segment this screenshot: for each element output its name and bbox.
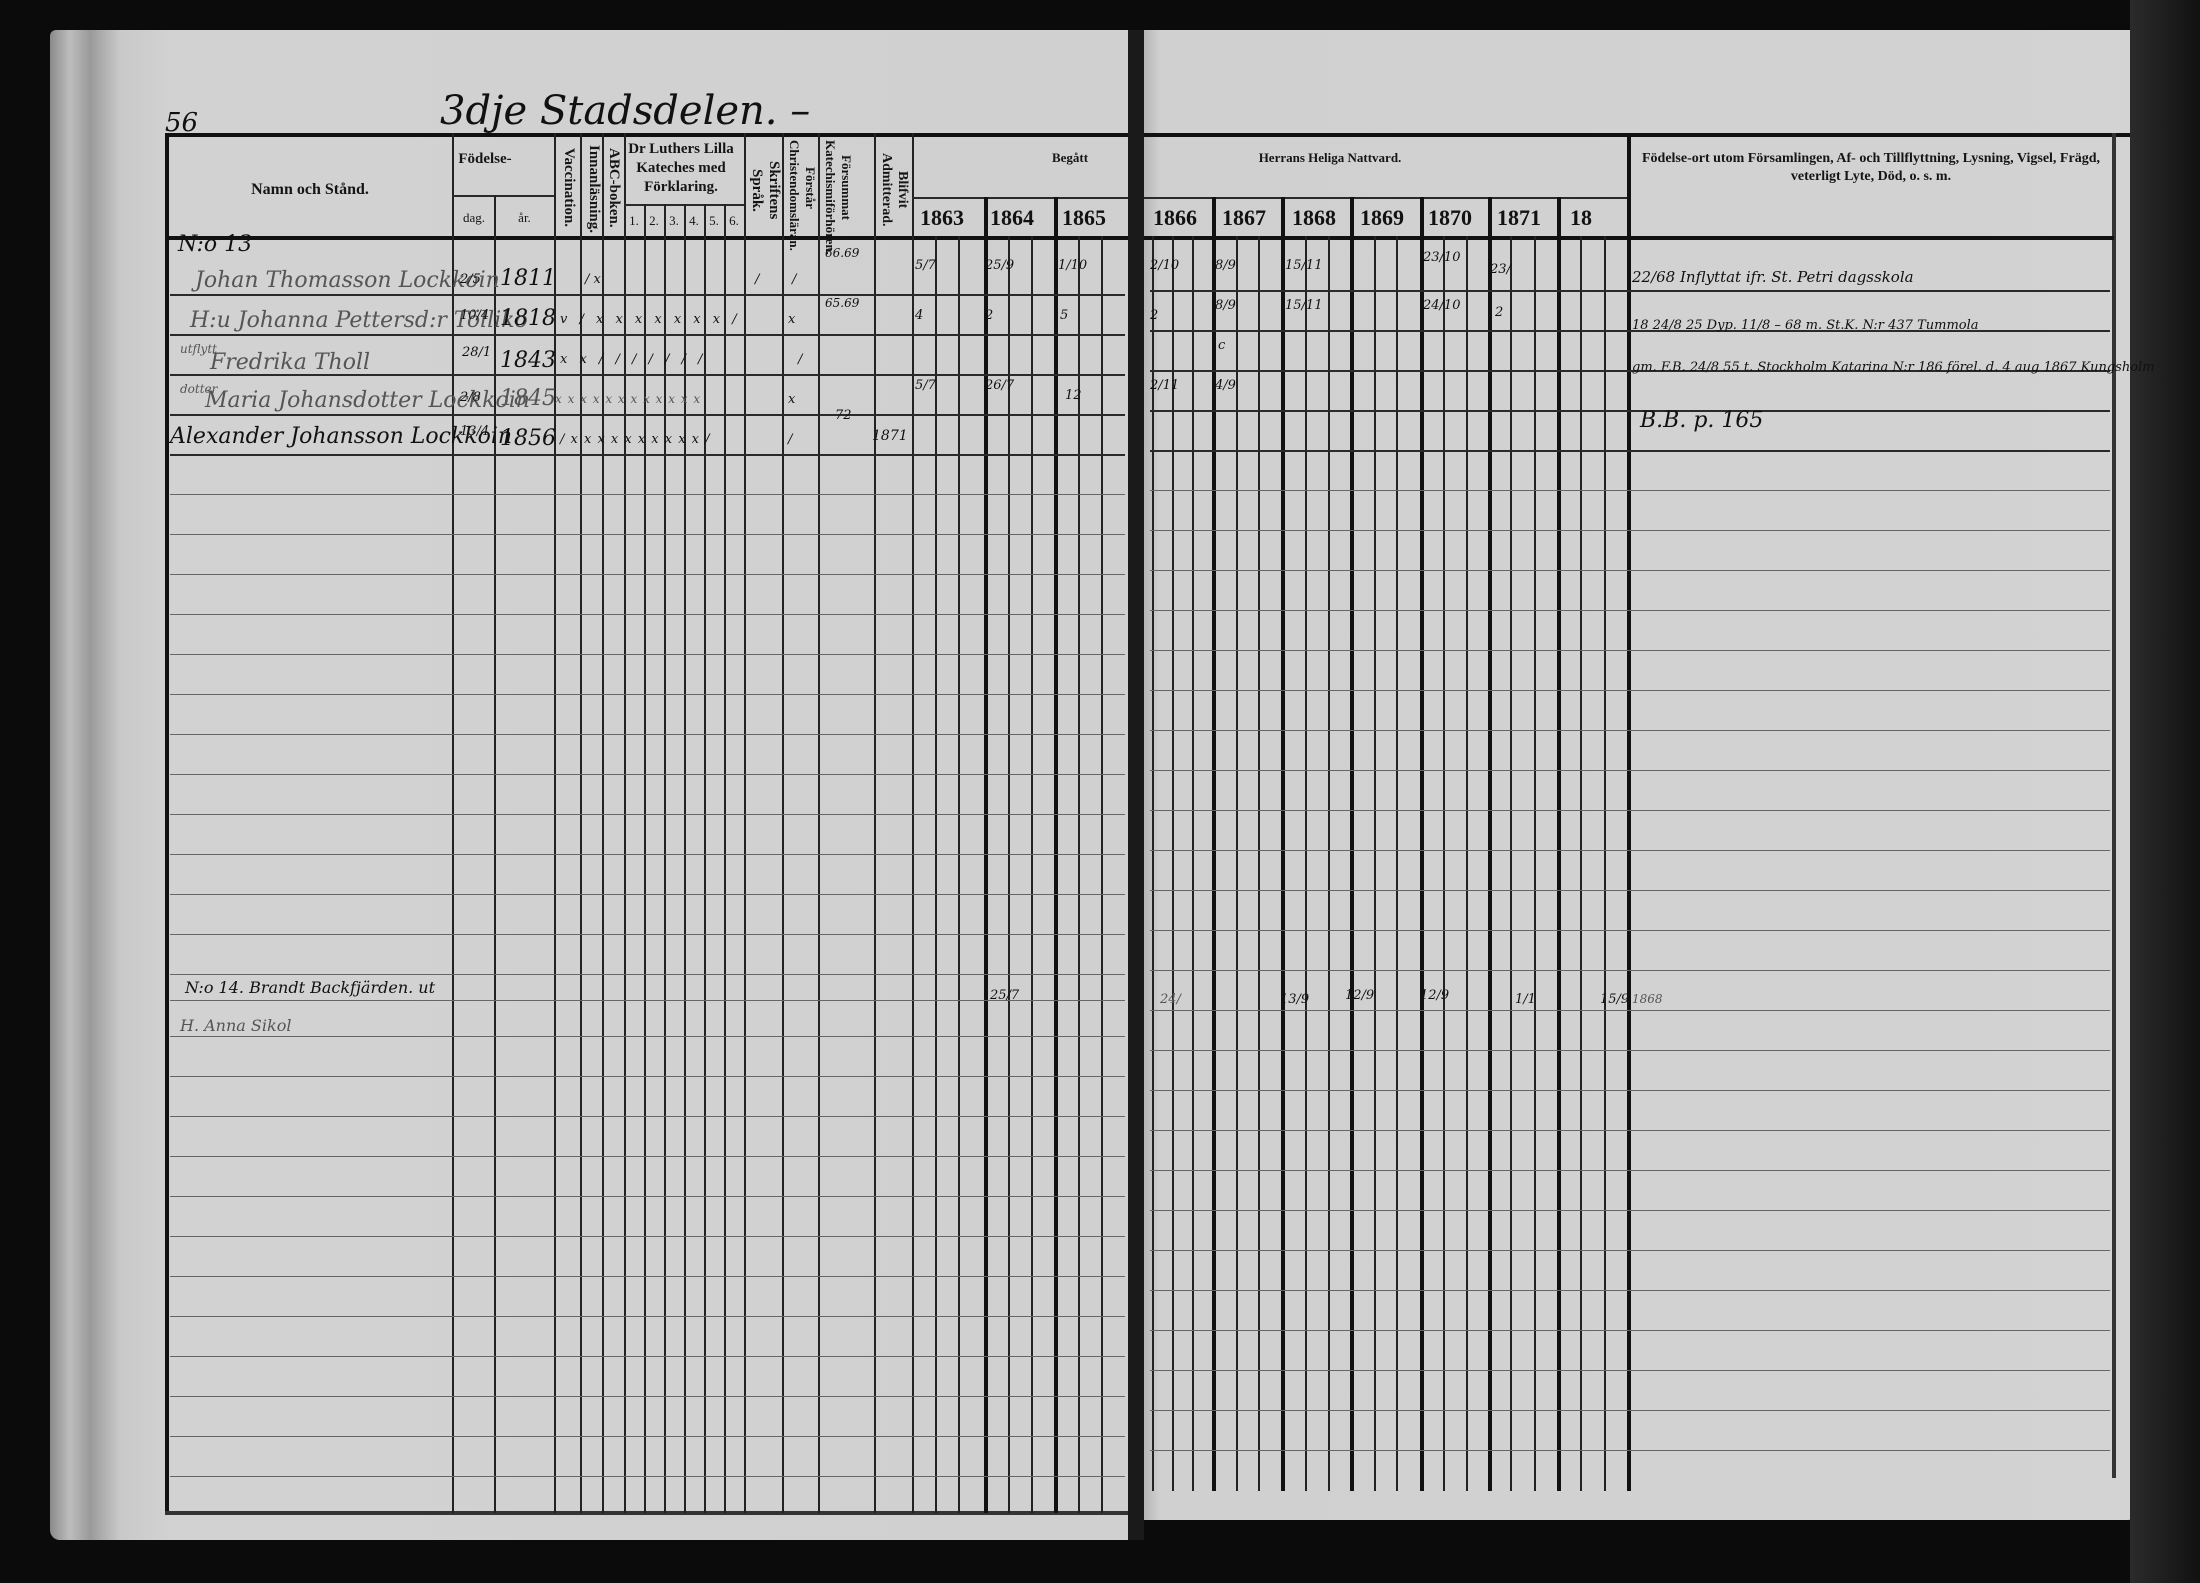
- year-rule: [1488, 197, 1492, 1491]
- year-1864: 1864: [990, 205, 1034, 231]
- header-remarks: Födelse-ort utom Församlingen, Af- och T…: [1632, 150, 2110, 185]
- communion-1865: 12: [1065, 388, 1082, 403]
- communion-1863: 4: [915, 308, 923, 323]
- row-rule: [1150, 650, 2110, 651]
- row-rule: [1150, 1410, 2110, 1411]
- header-name: Namn och Stånd.: [170, 180, 450, 200]
- birth-day: 2/8: [460, 390, 481, 405]
- forsummat-value: 65.69: [825, 296, 859, 310]
- col-rule: [1258, 236, 1260, 1491]
- communion-1870: 23/10: [1423, 250, 1460, 265]
- lower-remark: 1868: [1632, 992, 1663, 1006]
- forstar-mark: /: [792, 272, 796, 287]
- row-rule: [1150, 1170, 2110, 1171]
- birth-year: 1856: [500, 426, 556, 451]
- row-rule: [170, 574, 1125, 575]
- row-rule: [1150, 1130, 2110, 1131]
- row-rule: [170, 774, 1125, 775]
- lower-entry: N:o 14. Brandt Backfjärden. ut: [185, 978, 435, 997]
- row-rule: [170, 654, 1125, 655]
- col-rule: [1172, 236, 1174, 1491]
- row-rule: [1150, 1250, 2110, 1251]
- row-rule: [170, 854, 1125, 855]
- header-vaccination: Vaccination.: [560, 145, 577, 230]
- lower-entry: H. Anna Sikol: [180, 1016, 291, 1035]
- col-rule: [935, 236, 937, 1513]
- col-rule: [1236, 236, 1238, 1491]
- col-rule: [782, 133, 784, 1513]
- year-1870: 1870: [1428, 205, 1472, 231]
- header-admitterad: Blifvit Admitterad.: [878, 145, 910, 235]
- luther-col-6: 6.: [724, 205, 744, 235]
- communion-1867: 8/9: [1215, 258, 1236, 273]
- row-rule: [1150, 770, 2110, 771]
- row-rule: [170, 334, 1125, 336]
- year-rule: [1281, 197, 1285, 1491]
- catechism-marks: x x x x x x x x x x x x: [555, 392, 701, 406]
- communion-1865: 5: [1060, 308, 1068, 323]
- col-rule: [744, 133, 746, 1513]
- row-rule: [1150, 610, 2110, 611]
- col-rule: [1152, 236, 1154, 1491]
- year-1867: 1867: [1222, 205, 1266, 231]
- communion-1866: 2/10: [1150, 258, 1179, 273]
- year-1865: 1865: [1062, 205, 1106, 231]
- birth-day: 10/4: [460, 308, 489, 323]
- communion-1868: 15/11: [1285, 258, 1322, 273]
- communion-1864: 25/9: [985, 258, 1014, 273]
- lower-communion-1870: 12/9: [1420, 988, 1449, 1003]
- row-rule: [1150, 490, 2110, 491]
- skriftens-mark: /: [755, 272, 759, 287]
- communion-1867: 8/9: [1215, 298, 1236, 313]
- person-name: Maria Johansdotter Lockkoin: [205, 388, 530, 413]
- lower-communion-1866: 24/: [1160, 992, 1181, 1007]
- row-rule: [1150, 1010, 2110, 1011]
- row-rule: [170, 1116, 1125, 1117]
- lower-communion-18: 15/9: [1600, 992, 1629, 1007]
- row-rule: [170, 694, 1125, 695]
- person-name: Johan Thomasson Lockkoin: [195, 268, 500, 293]
- row-rule: [170, 974, 1125, 975]
- row-rule: [1150, 1330, 2110, 1331]
- year-rule: [1350, 197, 1354, 1491]
- row-rule: [170, 1156, 1125, 1157]
- catechism-marks: / x x x x x x x x x x /: [560, 432, 711, 447]
- col-rule: [1031, 236, 1033, 1513]
- col-rule: [1604, 236, 1606, 1491]
- row-rule: [1150, 1450, 2110, 1451]
- luther-col-2: 2.: [644, 205, 664, 235]
- birth-day: 28/1: [462, 345, 491, 360]
- col-rule: [1078, 236, 1080, 1513]
- left-frame: [165, 133, 169, 1513]
- birth-year: 1811: [500, 266, 556, 291]
- col-rule: [1580, 236, 1582, 1491]
- header-abc: ABC-boken.: [605, 145, 622, 230]
- household-number: N:o 13: [178, 232, 252, 257]
- row-rule: [170, 534, 1125, 535]
- birth-year: 1845: [500, 386, 556, 411]
- communion-1863: 5/7: [915, 258, 936, 273]
- col-rule: [818, 133, 820, 1513]
- birth-year: 1818: [500, 306, 556, 331]
- communion-1870: 24/10: [1423, 298, 1460, 313]
- col-rule: [1101, 236, 1103, 1513]
- col-rule: [1328, 236, 1330, 1491]
- forstar-mark: /: [788, 432, 792, 447]
- col-rule: [1192, 236, 1194, 1491]
- header-forsummat: Försummat Katechismiförhören.: [822, 140, 854, 235]
- birth-year: 1843: [500, 348, 556, 373]
- col-rule: [1374, 236, 1376, 1491]
- col-rule: [602, 133, 604, 1513]
- year-1869: 1869: [1360, 205, 1404, 231]
- row-rule: [170, 814, 1125, 815]
- year-rule: [1420, 197, 1424, 1491]
- col-rule: [1534, 236, 1536, 1491]
- col-rule: [1466, 236, 1468, 1491]
- row-rule: [170, 1236, 1125, 1237]
- year-rule: [912, 197, 1128, 199]
- row-rule: [1150, 730, 2110, 731]
- top-rule-right: [1144, 133, 2130, 137]
- forstar-mark: /: [798, 352, 802, 367]
- remark: 18 24/8 25 Dyp. 11/8 – 68 m. St.K. N:r 4…: [1632, 318, 1979, 333]
- lower-communion-1871: 1/1: [1515, 992, 1536, 1007]
- luther-col-1: 1.: [624, 205, 644, 235]
- lower-communion-1868: 13/9: [1280, 992, 1309, 1007]
- row-rule: [170, 894, 1125, 895]
- row-rule: [1150, 690, 2110, 691]
- row-rule: [170, 734, 1125, 735]
- forsummat-value: 66.69: [825, 246, 859, 260]
- communion-1867: c: [1218, 338, 1225, 353]
- birth-day: 2/5: [460, 272, 481, 287]
- row-rule: [1150, 1050, 2110, 1051]
- row-rule: [1150, 450, 2110, 452]
- row-rule: [1150, 810, 2110, 811]
- row-rule: [1150, 1290, 2110, 1291]
- forstar-mark: x: [788, 392, 795, 407]
- row-rule: [1150, 970, 2110, 971]
- row-rule: [170, 934, 1125, 935]
- admitterad-value: 1871: [872, 428, 908, 444]
- communion-1865: 1/10: [1058, 258, 1087, 273]
- year-1871: 1871: [1497, 205, 1541, 231]
- row-rule: [170, 294, 1125, 296]
- luther-col-4: 4.: [684, 205, 704, 235]
- person-name: Fredrika Tholl: [210, 350, 370, 375]
- row-rule: [1150, 890, 2110, 891]
- row-rule: [170, 1396, 1125, 1397]
- remark: gm. F.B. 24/8 55 t. Stockholm Katarina N…: [1632, 360, 2155, 375]
- row-rule: [170, 1196, 1125, 1197]
- communion-1866: 2/11: [1150, 378, 1179, 393]
- catechism-marks: / x: [585, 272, 601, 287]
- col-rule: [1443, 236, 1445, 1491]
- header-begatt: Begått: [1020, 150, 1120, 166]
- luther-col-5: 5.: [704, 205, 724, 235]
- col-rule: [1510, 236, 1512, 1491]
- book-spine: [1128, 30, 1144, 1540]
- sub-rule: [452, 195, 554, 197]
- luther-col-3: 3.: [664, 205, 684, 235]
- col-rule: [1008, 236, 1010, 1513]
- col-rule: [580, 133, 582, 1513]
- row-rule: [170, 1276, 1125, 1277]
- header-luther: Dr Luthers Lilla Kateches med Förklaring…: [626, 140, 736, 196]
- catechism-marks: v / x x x x x x x /: [560, 312, 741, 327]
- communion-1864: 26/7: [985, 378, 1014, 393]
- row-rule: [170, 1000, 1125, 1001]
- top-rule-left: [165, 133, 1128, 137]
- communion-1864: 2: [985, 308, 993, 323]
- communion-1871: 23/: [1490, 262, 1511, 277]
- forsummat-value: 72: [835, 408, 852, 423]
- row-rule: [170, 1316, 1125, 1317]
- header-forstar: Förstår Christendomsläran.: [786, 140, 818, 235]
- row-rule: [1150, 1370, 2110, 1371]
- row-rule: [170, 1356, 1125, 1357]
- birth-day: 13/4: [460, 424, 489, 439]
- communion-1871: 2: [1495, 305, 1503, 320]
- row-rule: [1150, 570, 2110, 571]
- year-18: 18: [1570, 205, 1592, 231]
- col-rule: [958, 236, 960, 1513]
- row-rule: [1150, 290, 2110, 292]
- col-rule: [624, 133, 626, 1513]
- communion-1867: 4/9: [1215, 378, 1236, 393]
- right-page: [1140, 30, 2140, 1520]
- row-rule: [1150, 1090, 2110, 1091]
- communion-1866: 2: [1150, 308, 1158, 323]
- row-rule: [170, 1036, 1125, 1037]
- year-rule: [1557, 197, 1561, 1491]
- remark: B.B. p. 165: [1640, 408, 1763, 433]
- catechism-marks: x x / / / / / / /: [560, 352, 706, 367]
- remark: 22/68 Inflyttat ifr. St. Petri dagsskola: [1632, 268, 1914, 286]
- year-1863: 1863: [920, 205, 964, 231]
- forstar-mark: x: [788, 312, 795, 327]
- row-rule: [170, 1436, 1125, 1437]
- row-rule: [170, 1076, 1125, 1077]
- section-title: 3dje Stadsdelen. –: [440, 88, 810, 134]
- col-rule: [912, 133, 914, 1513]
- row-rule: [1150, 930, 2110, 931]
- header-birth: Födelse-: [455, 150, 515, 169]
- header-skriftens-sprak: Skriftens Språk.: [748, 145, 782, 235]
- scan-edge: [2130, 0, 2200, 1583]
- row-rule: [1150, 410, 2110, 412]
- row-rule: [170, 1476, 1125, 1477]
- year-1868: 1868: [1292, 205, 1336, 231]
- col-rule: [1305, 236, 1307, 1491]
- communion-1868: 15/11: [1285, 298, 1322, 313]
- communion-1863: 5/7: [915, 378, 936, 393]
- year-1866: 1866: [1153, 205, 1197, 231]
- row-rule: [1150, 1210, 2110, 1211]
- col-rule: [554, 133, 556, 1513]
- row-rule: [1150, 850, 2110, 851]
- lower-communion-1864: 25/7: [990, 988, 1019, 1003]
- header-innanlasning: Innanläsning.: [585, 145, 602, 230]
- header-birth-year: år.: [497, 210, 552, 226]
- col-rule: [874, 133, 876, 1513]
- header-natvard: Herrans Heliga Nattvard.: [1200, 150, 1460, 166]
- row-rule: [170, 454, 1125, 456]
- row-rule: [1150, 530, 2110, 531]
- row-rule: [170, 494, 1125, 495]
- header-birth-day: dag.: [455, 210, 493, 226]
- row-rule: [170, 414, 1125, 416]
- row-rule: [170, 614, 1125, 615]
- lower-communion-1869: 12/9: [1345, 988, 1374, 1003]
- right-frame: [2112, 133, 2116, 1478]
- col-rule: [1396, 236, 1398, 1491]
- col-rule: [452, 133, 454, 1513]
- remarks-rule: [1627, 133, 1631, 1491]
